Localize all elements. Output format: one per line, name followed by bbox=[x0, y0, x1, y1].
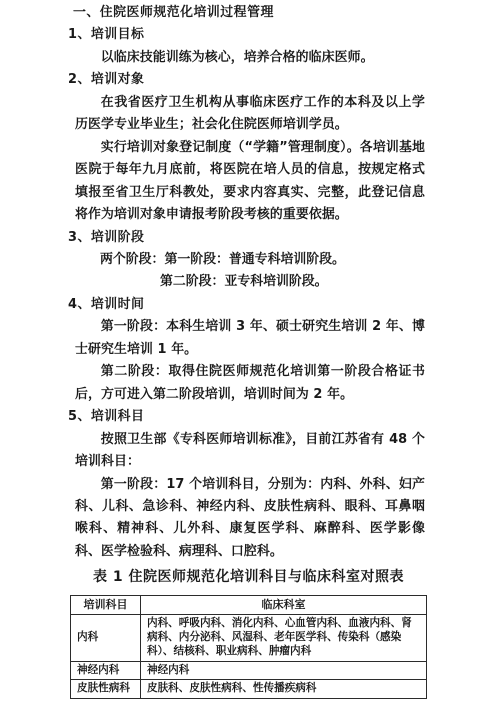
paragraph-duration-stage2: 第二阶段：取得住院医师规范化培训第一阶段合格证书后，方可进入第二阶段培训，培训时… bbox=[75, 361, 425, 406]
paragraph-subjects-list: 第一阶段：17 个培训科目，分别为：内科、外科、妇产科、儿科、急诊科、神经内科、… bbox=[75, 474, 425, 564]
paragraph-registration: 实行培训对象登记制度（“学籍”管理制度）。各培训基地医院于每年九月底前，将医院在… bbox=[75, 137, 425, 227]
paragraph-subjects-intro: 按照卫生部《专科医师培训标准》，目前江苏省有 48 个培训科目： bbox=[75, 429, 425, 474]
table-caption: 表 1 住院医师规范化培训科目与临床科室对照表 bbox=[70, 565, 427, 589]
stage-line-2: 第二阶段：亚专科培训阶段。 bbox=[75, 271, 425, 293]
departments-cell: 内科、呼吸内科、消化内科、心血管内科、血液内科、肾病科、内分泌科、风湿科、老年医… bbox=[141, 615, 427, 661]
paragraph-trainees: 在我省医疗卫生机构从事临床医疗工作的本科及以上学历医学专业毕业生；社会化住院医师… bbox=[75, 92, 425, 137]
subject-cell: 皮肤性病科 bbox=[71, 680, 141, 699]
section-heading-2: 2、培训对象 bbox=[68, 69, 425, 91]
table-block: 表 1 住院医师规范化培训科目与临床科室对照表 培训科目 临床科室 内科 内科、… bbox=[70, 565, 427, 699]
paragraph-duration-stage1: 第一阶段：本科生培训 3 年、硕士研究生培训 2 年、博士研究生培训 1 年。 bbox=[75, 316, 425, 361]
subject-cell: 内科 bbox=[71, 615, 141, 661]
doc-title: 一、住院医师规范化培训过程管理 bbox=[73, 2, 425, 24]
section-heading-5: 5、培训科目 bbox=[68, 406, 425, 428]
section-heading-3: 3、培训阶段 bbox=[68, 227, 425, 249]
departments-cell: 皮肤科、皮肤性病科、性传播疾病科 bbox=[141, 680, 427, 699]
table-row: 皮肤性病科 皮肤科、皮肤性病科、性传播疾病科 bbox=[71, 680, 427, 699]
stage-line-1: 两个阶段：第一阶段：普通专科培训阶段。 bbox=[75, 249, 425, 271]
col-header-departments: 临床科室 bbox=[141, 596, 427, 615]
paragraph-training-goal: 以临床技能训练为核心，培养合格的临床医师。 bbox=[75, 47, 425, 69]
table-row: 神经内科 神经内科 bbox=[71, 661, 427, 680]
subject-cell: 神经内科 bbox=[71, 661, 141, 680]
departments-cell: 神经内科 bbox=[141, 661, 427, 680]
document-page: 一、住院医师规范化培训过程管理 1、培训目标 以临床技能训练为核心，培养合格的临… bbox=[0, 0, 496, 702]
section-heading-1: 1、培训目标 bbox=[68, 24, 425, 46]
document-content: 一、住院医师规范化培训过程管理 1、培训目标 以临床技能训练为核心，培养合格的临… bbox=[75, 2, 425, 699]
col-header-subject: 培训科目 bbox=[71, 596, 141, 615]
section-heading-4: 4、培训时间 bbox=[68, 294, 425, 316]
table-row: 内科 内科、呼吸内科、消化内科、心血管内科、血液内科、肾病科、内分泌科、风湿科、… bbox=[71, 615, 427, 661]
subject-department-table: 培训科目 临床科室 内科 内科、呼吸内科、消化内科、心血管内科、血液内科、肾病科… bbox=[70, 595, 427, 699]
table-header-row: 培训科目 临床科室 bbox=[71, 596, 427, 615]
